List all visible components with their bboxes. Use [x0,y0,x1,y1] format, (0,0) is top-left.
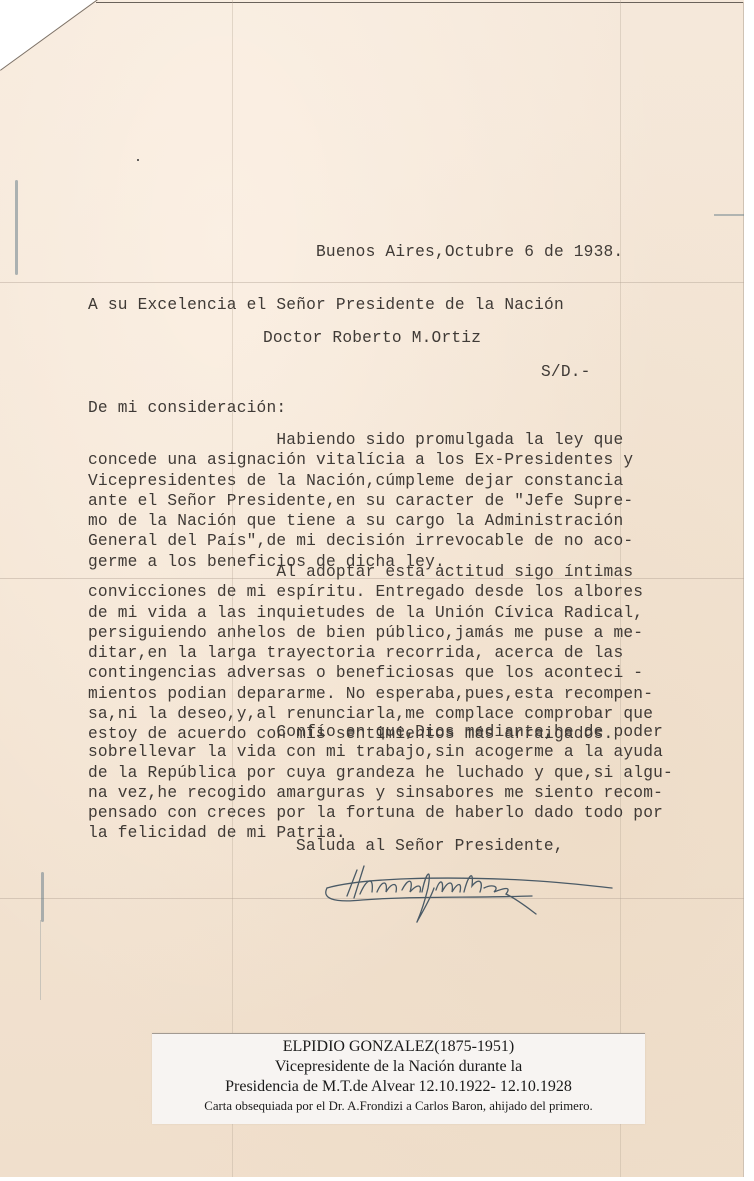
letter-line: de mi vida a las inquietudes de la Unión… [88,603,708,623]
letter-line: ditar,en la larga trayectoria recorrida,… [88,643,708,663]
addressee-line-1: A su Excelencia el Señor Presidente de l… [88,295,564,316]
letter-line: mientos podian depararme. No esperaba,pu… [88,684,708,704]
letter-line: persiguiendo anhelos de bien público,jam… [88,623,708,643]
letter-line: General del País",de mi decisión irrevoc… [88,531,708,551]
letter-line: mo de la Nación que tiene a su cargo la … [88,511,708,531]
paragraph-3: Confío en que,Dios mediante,he de poders… [88,722,708,844]
letter-line: convicciones de mi espíritu. Entregado d… [88,582,708,602]
caption-label: ELPIDIO GONZALEZ(1875-1951) Vicepresiden… [152,1033,645,1124]
place-date: Buenos Aires,Octubre 6 de 1938. [316,242,623,263]
letter-line: ante el Señor Presidente,en su caracter … [88,491,708,511]
letter-line: Vicepresidentes de la Nación,cúmpleme de… [88,471,708,491]
paragraph-2: Al adoptar esta actitud sigo íntimasconv… [88,562,708,745]
letter-line: Confío en que,Dios mediante,he de poder [88,722,708,742]
paper-fold [0,282,744,283]
caption-title: ELPIDIO GONZALEZ(1875-1951) [152,1037,645,1057]
letter-line: sobrellevar la vida con mi trabajo,sin a… [88,742,708,762]
closing: Saluda al Señor Presidente, [296,836,564,857]
letter-line: pensado con creces por la fortuna de hab… [88,803,708,823]
paper-right-edge [743,2,744,1177]
letter-line: concede una asignación vitalícia a los E… [88,450,708,470]
letter-line: Habiendo sido promulgada la ley que [88,430,708,450]
pencil-margin-mark [714,214,744,216]
pencil-margin-mark [15,180,18,275]
addressee-line-2: Doctor Roberto M.Ortiz [263,328,481,349]
salutation: De mi consideración: [88,398,286,419]
letter-line: contingencias adversas o beneficiosas qu… [88,663,708,683]
paragraph-1: Habiendo sido promulgada la ley queconce… [88,430,708,572]
letter-line: de la República por cuya grandeza he luc… [88,763,708,783]
caption-line-4: Carta obsequiada por el Dr. A.Frondizi a… [152,1097,645,1115]
ink-speck [137,159,139,161]
pencil-margin-mark [41,872,44,922]
letter-line: na vez,he recogido amarguras y sinsabore… [88,783,708,803]
sd-abbreviation: S/D.- [541,362,591,383]
caption-line-2: Vicepresidente de la Nación durante la [152,1057,645,1077]
letter-line: Al adoptar esta actitud sigo íntimas [88,562,708,582]
caption-line-3: Presidencia de M.T.de Alvear 12.10.1922-… [152,1077,645,1097]
signature-icon [322,858,622,938]
pencil-margin-line [40,920,41,1000]
paper-top-edge [96,2,744,3]
